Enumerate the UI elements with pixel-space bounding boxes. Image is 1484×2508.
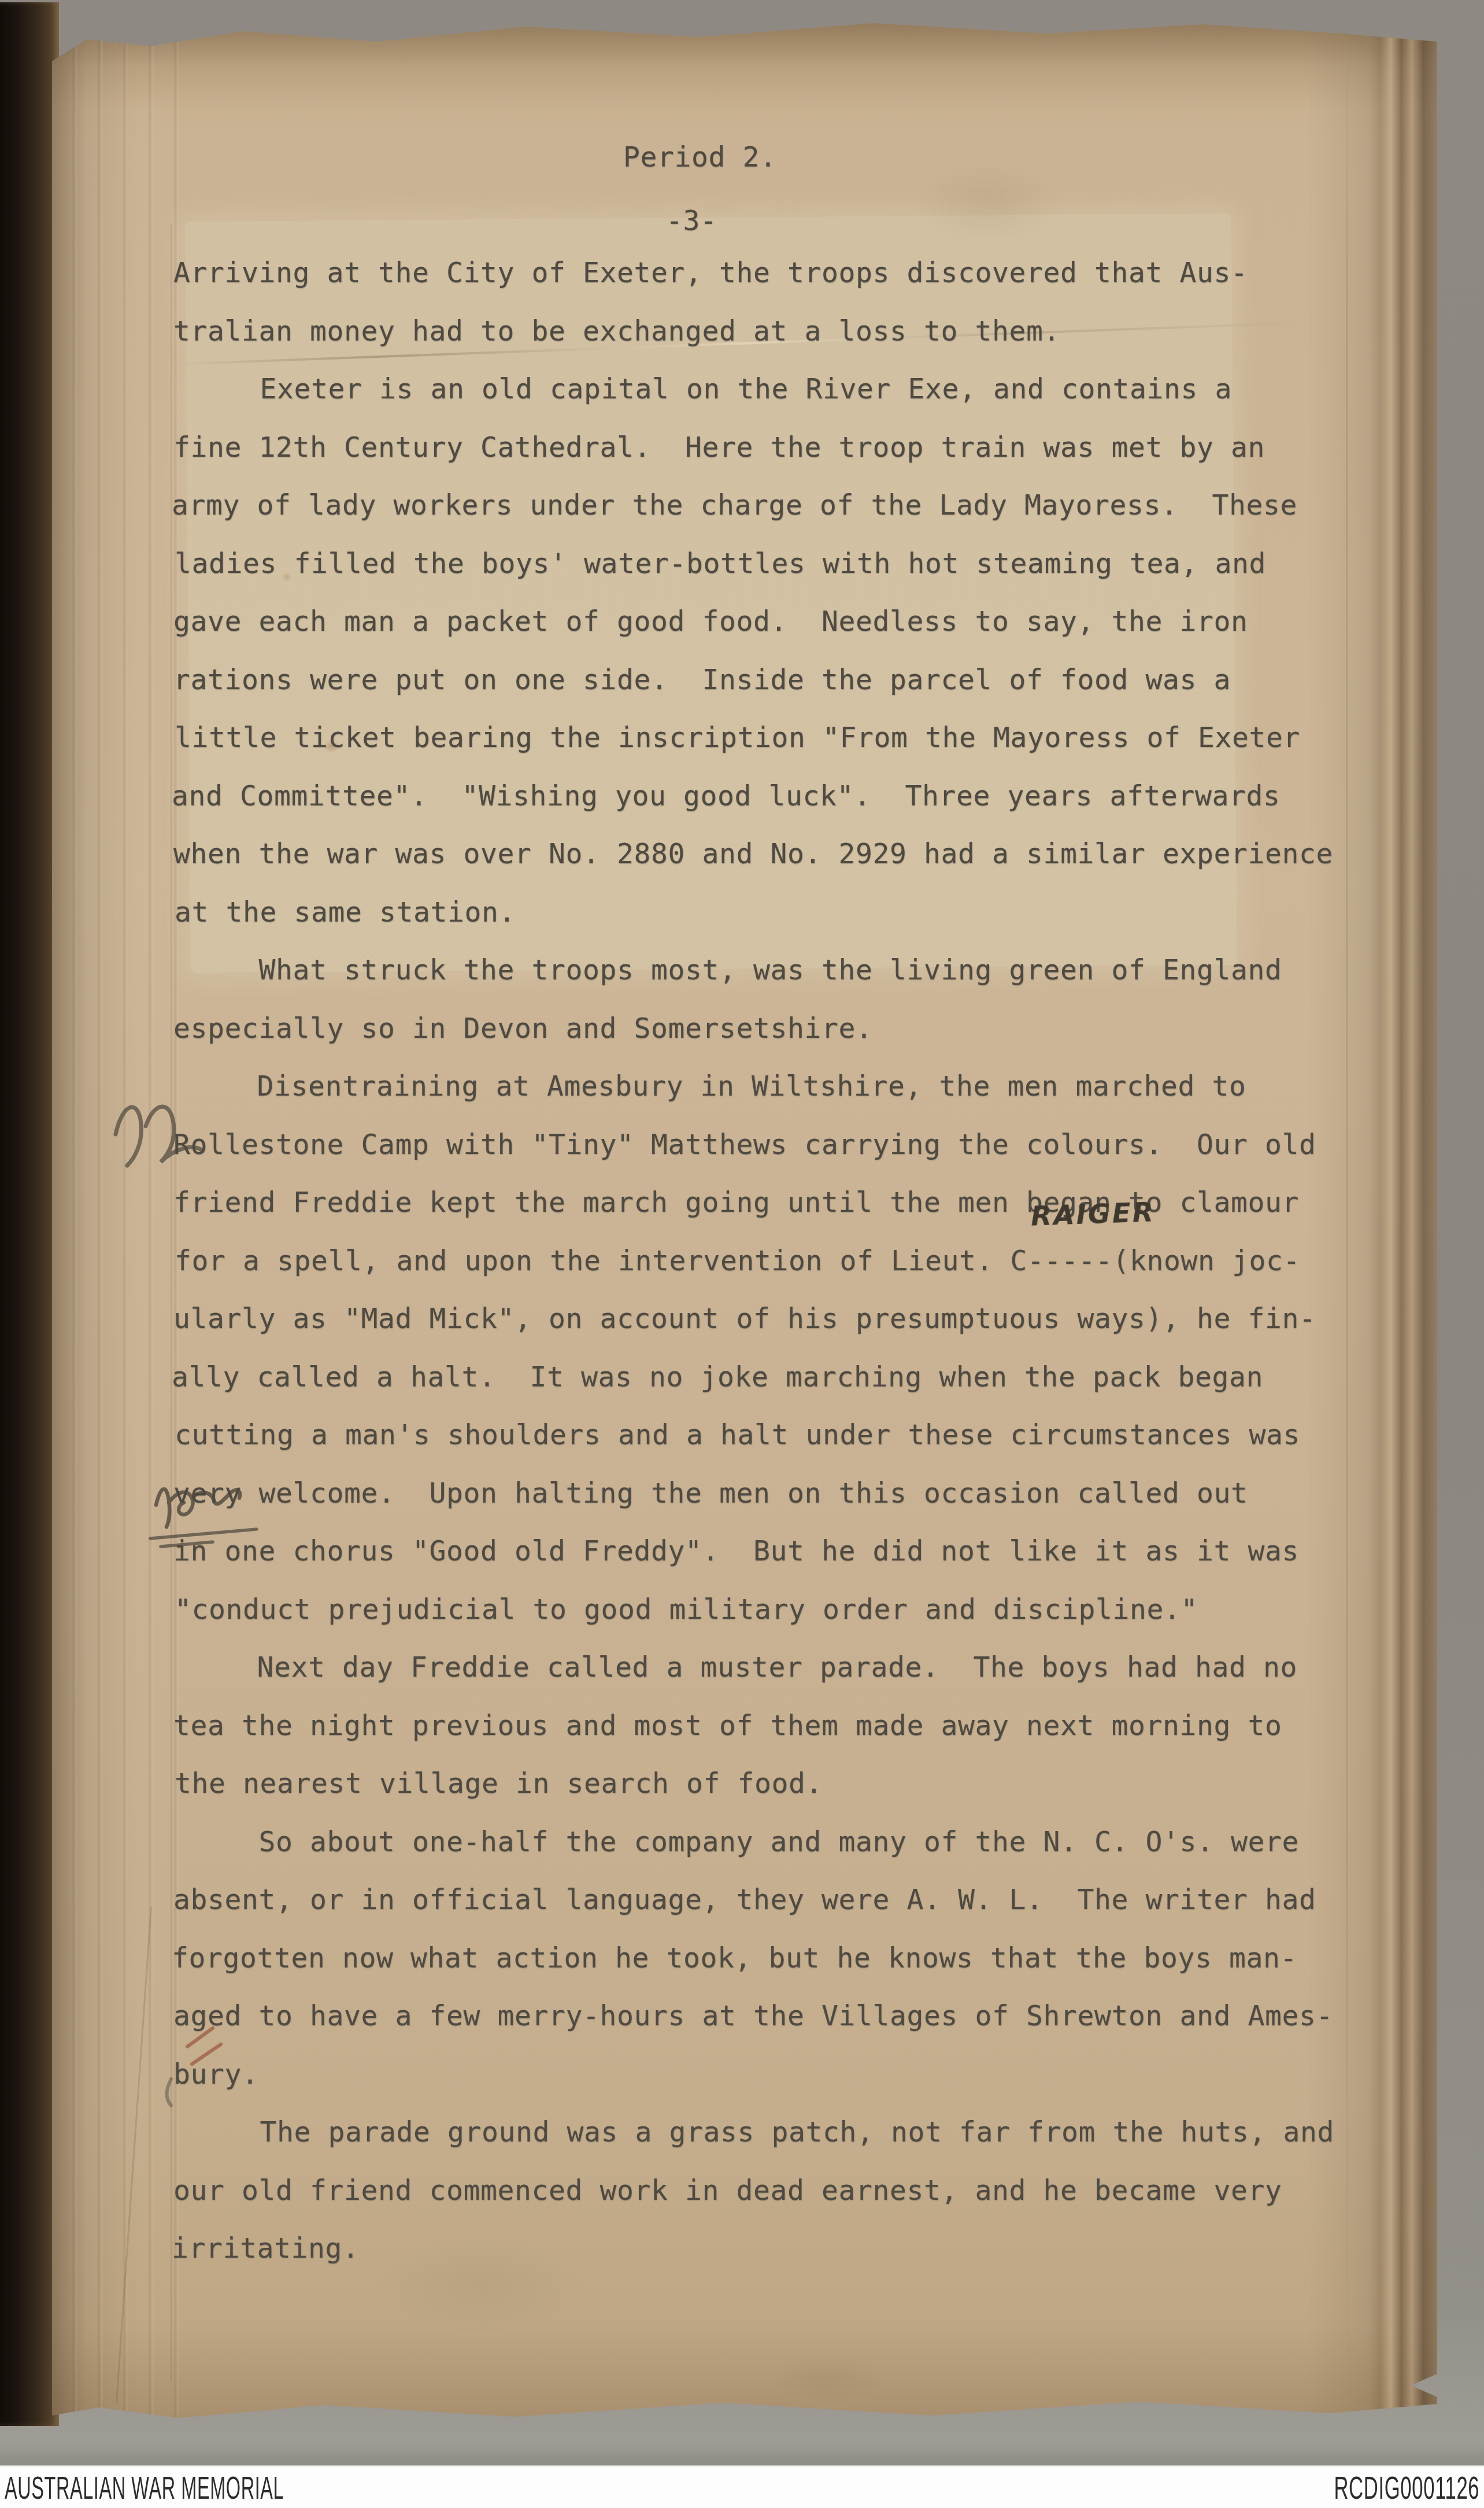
paper-stain: [913, 161, 1064, 242]
typed-line: especially so in Devon and Somersetshire…: [173, 1000, 1333, 1058]
typed-line: gave each man a packet of good food. Nee…: [173, 593, 1333, 651]
typed-line: when the war was over No. 2880 and No. 2…: [173, 825, 1333, 883]
paper-stain: [769, 2352, 885, 2404]
typed-line: The parade ground was a grass patch, not…: [175, 2103, 1334, 2162]
paper-crease: [1346, 39, 1348, 2387]
book-binding: [0, 2, 59, 2426]
typed-line: Disentraining at Amesbury in Wiltshire, …: [172, 1057, 1331, 1116]
typed-line: friend Freddie kept the march going unti…: [173, 1174, 1333, 1232]
typed-line: for a spell, and upon the intervention o…: [175, 1232, 1334, 1290]
typed-line: at the same station.: [175, 883, 1334, 942]
typed-line: absent, or in official language, they we…: [173, 1871, 1333, 1929]
typed-line: little ticket bearing the inscription "F…: [175, 709, 1334, 767]
typed-line: Next day Freddie called a muster parade.…: [172, 1638, 1331, 1697]
footer-shadow: [0, 2442, 1484, 2466]
typed-line: What struck the troops most, was the liv…: [173, 941, 1333, 1000]
typed-text-block: Arriving at the City of Exeter, the troo…: [173, 244, 1333, 2278]
typed-line: Arriving at the City of Exeter, the troo…: [173, 244, 1333, 302]
typed-line: the nearest village in search of food.: [175, 1755, 1334, 1813]
typed-line: our old friend commenced work in dead ea…: [173, 2162, 1333, 2220]
red-pencil-marks: [157, 2011, 261, 2111]
typed-line: cutting a man's shoulders and a halt und…: [175, 1406, 1334, 1464]
typed-line: bury.: [173, 2045, 1333, 2104]
typed-line: forgotten now what action he took, but h…: [172, 1929, 1331, 1988]
typed-line: army of lady workers under the charge of…: [172, 476, 1331, 535]
typed-line: ladies filled the boys' water-bottles wi…: [175, 535, 1334, 593]
footer-archive-name: AUSTRALIAN WAR MEMORIAL: [5, 2469, 284, 2506]
typed-line: in one chorus "Good old Freddy". But he …: [173, 1522, 1333, 1581]
footer-bar: AUSTRALIAN WAR MEMORIAL RCDIG0001126: [0, 2465, 1484, 2508]
right-page-edges: [1369, 16, 1437, 2424]
typed-line: very welcome. Upon halting the men on th…: [173, 1464, 1333, 1523]
handwritten-name-annotation: RAIGER: [1030, 1198, 1155, 1230]
page-number: -3-: [666, 205, 717, 237]
typed-line: Rollestone Camp with "Tiny" Matthews car…: [173, 1116, 1333, 1174]
handwriting-squiggle-1: [105, 1079, 227, 1179]
page-top-shadow: [52, 16, 1437, 109]
typed-line: rations were put on one side. Inside the…: [173, 651, 1333, 709]
typed-line: ally called a halt. It was no joke march…: [172, 1348, 1331, 1407]
scanned-page: Period 2. -3- Arriving at the City of Ex…: [52, 16, 1437, 2424]
typed-line: So about one-half the company and many o…: [173, 1813, 1333, 1871]
footer-item-id: RCDIG0001126: [1334, 2469, 1479, 2506]
typed-line: ularly as "Mad Mick", on account of his …: [173, 1290, 1333, 1348]
typed-line: irritating.: [172, 2220, 1331, 2278]
section-title: Period 2.: [623, 141, 777, 173]
typed-line: fine 12th Century Cathedral. Here the tr…: [173, 419, 1333, 477]
typed-line: tea the night previous and most of them …: [173, 1697, 1333, 1755]
handwriting-squiggle-2: [143, 1464, 288, 1553]
typed-line: tralian money had to be exchanged at a l…: [173, 302, 1333, 361]
typed-line: Exeter is an old capital on the River Ex…: [175, 360, 1334, 419]
typed-line: aged to have a few merry-hours at the Vi…: [173, 1987, 1333, 2045]
typed-line: "conduct prejudicial to good military or…: [175, 1581, 1334, 1639]
typed-line: and Committee". "Wishing you good luck".…: [172, 767, 1331, 826]
scan-viewport: Period 2. -3- Arriving at the City of Ex…: [0, 0, 1484, 2508]
